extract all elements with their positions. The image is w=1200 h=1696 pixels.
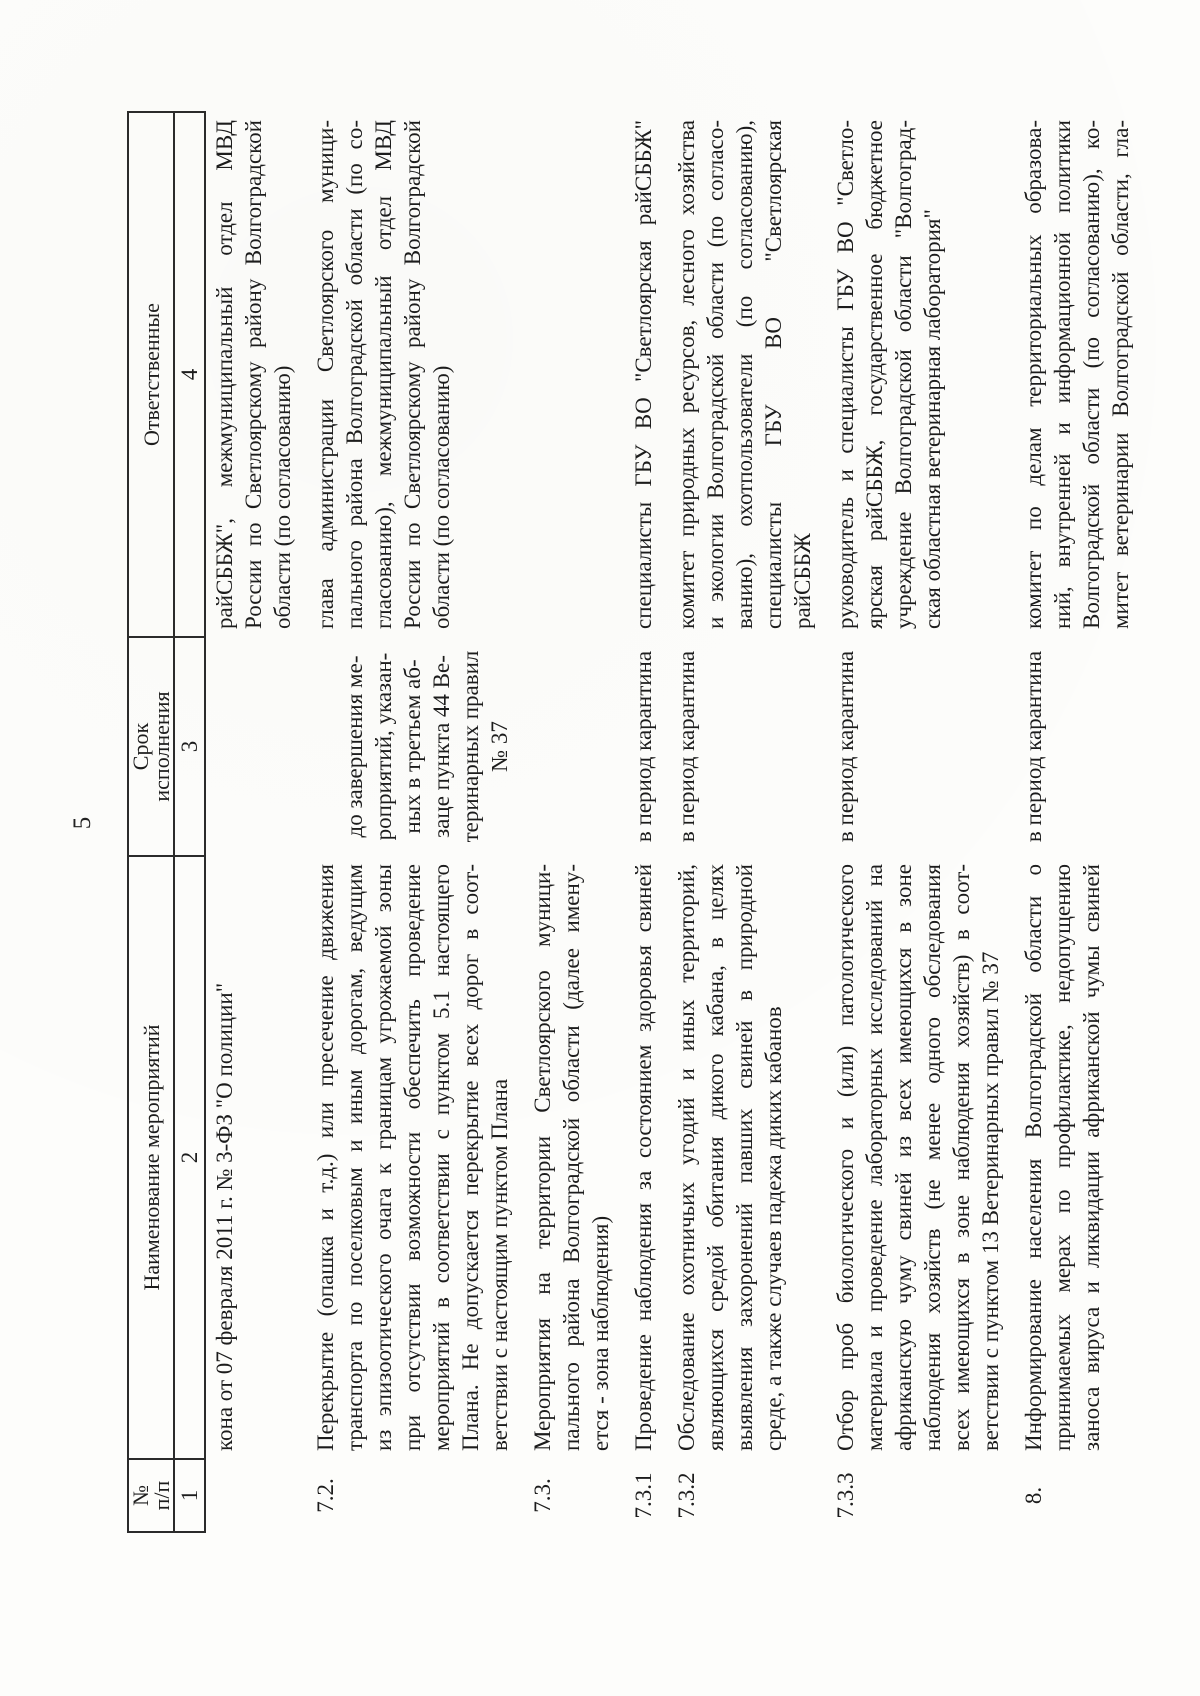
text-line: Обследование охотничьих угодий и иных те… (672, 864, 701, 1451)
row-number-cell: 7.3. (524, 1459, 625, 1532)
text-line: теринарных правил (456, 645, 485, 848)
header-col-responsible: Ответственные (128, 112, 174, 637)
row-number-cell: 7.3.2 (668, 1459, 827, 1532)
text-line: ных в третьем аб- (398, 645, 427, 848)
text-line: ний, внутренней и информационной политик… (1048, 120, 1077, 629)
text-line: всех имеющихся в зоне наблюдения хозяйст… (947, 864, 976, 1451)
row-number-cell: 7.3.1 (625, 1459, 668, 1532)
text-line: № 37 (485, 645, 514, 848)
header-col-activity: Наименование мероприятий (128, 856, 174, 1459)
text-line: ярская райСББЖ, государственное бюджетно… (860, 120, 889, 629)
scanned-document-page: 5 №п/п Наименование мероприятий Срокиспо… (0, 0, 1200, 1696)
text-line: материала и проведение лабораторных иссл… (860, 864, 889, 1451)
text-line: ветствии с настоящим пунктом Плана (485, 864, 514, 1451)
text-line: п/п (151, 1462, 172, 1529)
table-row-7-3-3: 7.3.3 Отбор проб биологического и (или) … (827, 112, 1015, 1532)
text-line: африканскую чуму свиней из всех имеющихс… (889, 864, 918, 1451)
term-cell (205, 637, 307, 856)
table-header-row: №п/п Наименование мероприятий Срокисполн… (128, 112, 174, 1532)
row-number-cell (205, 1459, 307, 1532)
header-col-number: №п/п (128, 1459, 174, 1532)
text-line: принимаемых мерах по профилактике, недоп… (1048, 864, 1077, 1451)
responsible-cell: комитет природных ресурсов, лесного хозя… (668, 112, 827, 637)
term-cell: в период карантина (668, 637, 827, 856)
table-row-7-3: 7.3. Мероприятия на территории Светлоярс… (524, 112, 625, 1532)
text-line: до завершения ме- (340, 645, 369, 848)
text-line: России по Светлоярскому району Волгоград… (239, 120, 268, 629)
text-line: пального района Волгоградской области (д… (557, 864, 586, 1451)
text-line: Проведение наблюдения за состоянием здор… (629, 864, 658, 1451)
text-line: митет ветеринарии Волгоградской области,… (1106, 120, 1135, 629)
rotated-landscape-content: 5 №п/п Наименование мероприятий Срокиспо… (127, 113, 1145, 1533)
text-line: ветствии с пунктом 13 Ветеринарных прави… (976, 864, 1005, 1451)
text-line: в период карантина (831, 645, 860, 848)
text-line: в период карантина (1019, 645, 1048, 848)
page-number: 5 (69, 113, 97, 1533)
table-row-8: 8. Информирование населения Волгоградско… (1015, 112, 1145, 1532)
text-line: в период карантина (672, 645, 701, 848)
text-line: Срок (130, 640, 151, 853)
responsible-cell: комитет по делам территориальных образов… (1015, 112, 1145, 637)
text-line: выявления захоронений павших свиней в пр… (730, 864, 759, 1451)
text-line: Информирование населения Волгоградской о… (1019, 864, 1048, 1451)
text-line: ванию), охотпользователи (по согласовани… (730, 120, 759, 629)
table-row-7-2: 7.2. Перекрытие (опашка и т.д.) или прес… (307, 112, 524, 1532)
text-line: области (по согласованию) (427, 120, 456, 629)
term-cell: до завершения ме-роприятий, указан-ных в… (307, 637, 524, 856)
text-line: Мероприятия на территории Светлоярского … (528, 864, 557, 1451)
text-line: райСББЖ", межмуниципальный отдел МВД (210, 120, 239, 629)
measure-name-cell: Проведение наблюдения за состоянием здор… (625, 856, 668, 1459)
text-line: мероприятий в соответствии с пунктом 5.1… (427, 864, 456, 1451)
text-line: ская областная ветеринарная лаборатория" (918, 120, 947, 629)
text-line: роприятий, указан- (369, 645, 398, 848)
text-line: заноса вируса и ликвидации африканской ч… (1077, 864, 1106, 1451)
text-line: области (по согласованию) (268, 120, 297, 629)
row-number-cell: 8. (1015, 1459, 1145, 1532)
measure-name-cell: кона от 07 февраля 2011 г. № 3-ФЗ "О пол… (205, 856, 307, 1459)
text-line: комитет по делам территориальных образов… (1019, 120, 1048, 629)
column-number-4: 4 (174, 112, 205, 637)
responsible-cell: специалисты ГБУ ВО "Светлоярская райСББЖ… (625, 112, 668, 637)
column-number-3: 3 (174, 637, 205, 856)
table-row-7-3-2: 7.3.2 Обследование охотничьих угодий и и… (668, 112, 827, 1532)
text-line: среде, а также случаев падежа диких каба… (759, 864, 788, 1451)
text-line: транспорта по поселковым и иным дорогам,… (340, 864, 369, 1451)
table-row-continuation: кона от 07 февраля 2011 г. № 3-ФЗ "О пол… (205, 112, 307, 1532)
text-line: являющихся средой обитания дикого кабана… (701, 864, 730, 1451)
text-line: руководитель и специалисты ГБУ ВО "Светл… (831, 120, 860, 629)
text-line: в период карантина (629, 645, 658, 848)
measure-name-cell: Обследование охотничьих угодий и иных те… (668, 856, 827, 1459)
text-line: исполнения (151, 640, 172, 853)
text-line: Волгоградской области (по согласованию),… (1077, 120, 1106, 629)
text-line: райСББЖ (788, 120, 817, 629)
text-line: России по Светлоярскому району Волгоград… (398, 120, 427, 629)
row-number-cell: 7.3.3 (827, 1459, 1015, 1532)
term-cell (524, 637, 625, 856)
measure-name-cell: Информирование населения Волгоградской о… (1015, 856, 1145, 1459)
measures-plan-table: №п/п Наименование мероприятий Срокисполн… (127, 111, 1145, 1533)
measure-name-cell: Отбор проб биологического и (или) патоло… (827, 856, 1015, 1459)
text-line: № (130, 1462, 151, 1529)
row-number-cell: 7.2. (307, 1459, 524, 1532)
text-line: специалисты ГБУ ВО "Светлоярская райСББЖ… (629, 120, 658, 629)
term-cell: в период карантина (1015, 637, 1145, 856)
responsible-cell: руководитель и специалисты ГБУ ВО "Светл… (827, 112, 1015, 637)
text-line: Отбор проб биологического и (или) патоло… (831, 864, 860, 1451)
header-col-term: Срокисполнения (128, 637, 174, 856)
text-line: глава администрации Светлоярского муници… (311, 120, 340, 629)
text-line: комитет природных ресурсов, лесного хозя… (672, 120, 701, 629)
text-line: и экологии Волгоградской области (по сог… (701, 120, 730, 629)
column-number-1: 1 (174, 1459, 205, 1532)
text-line: при отсутствии возможности обеспечить пр… (398, 864, 427, 1451)
text-line: пального района Волгоградской области (п… (340, 120, 369, 629)
responsible-cell: глава администрации Светлоярского муници… (307, 112, 524, 637)
text-line: специалисты ГБУ ВО "Светлоярская (759, 120, 788, 629)
text-line: Плана. Не допускается перекрытие всех до… (456, 864, 485, 1451)
measure-name-cell: Перекрытие (опашка и т.д.) или пресечени… (307, 856, 524, 1459)
text-line: гласованию), межмуниципальный отдел МВД (369, 120, 398, 629)
column-number-row: 1 2 3 4 (174, 112, 205, 1532)
text-line: учреждение Волгоградской области "Волгог… (889, 120, 918, 629)
responsible-cell (524, 112, 625, 637)
text-line: из эпизоотического очага к границам угро… (369, 864, 398, 1451)
text-line: ется - зона наблюдения) (586, 864, 615, 1451)
text-line: наблюдения хозяйств (не менее одного обс… (918, 864, 947, 1451)
responsible-cell: райСББЖ", межмуниципальный отдел МВДРосс… (205, 112, 307, 637)
term-cell: в период карантина (827, 637, 1015, 856)
table-row-7-3-1: 7.3.1 Проведение наблюдения за состояние… (625, 112, 668, 1532)
measure-name-cell: Мероприятия на территории Светлоярского … (524, 856, 625, 1459)
text-line: заце пункта 44 Ве- (427, 645, 456, 848)
term-cell: в период карантина (625, 637, 668, 856)
text-line: кона от 07 февраля 2011 г. № 3-ФЗ "О пол… (210, 864, 239, 1451)
column-number-2: 2 (174, 856, 205, 1459)
text-line: Перекрытие (опашка и т.д.) или пресечени… (311, 864, 340, 1451)
